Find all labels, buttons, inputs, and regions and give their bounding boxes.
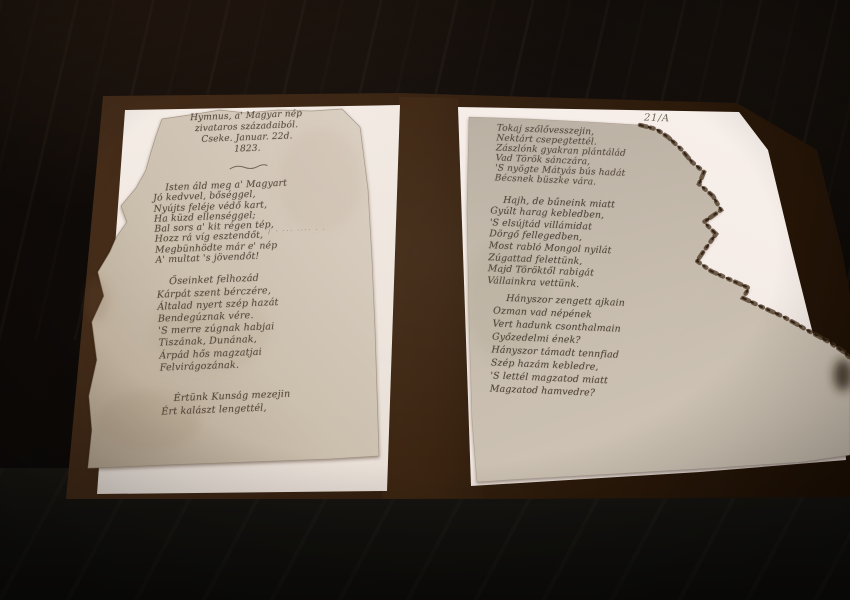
- stanza-5: Hányszor zengett ajkainOzman vad népének…: [476, 292, 730, 406]
- right-page-text: Tokaj szőlővesszejin,Nektárt csepegtetté…: [476, 123, 737, 406]
- stanza-4: Hajh, de bűneink miattGyúlt harag kebled…: [480, 194, 734, 297]
- paper-stain: [85, 278, 109, 322]
- left-page-text: Hymnus, a' Magyar népzivataros századaib…: [146, 106, 401, 419]
- manuscript-photo-scene: Hymnus, a' Magyar népzivataros századaib…: [0, 0, 850, 600]
- stanza-1: Isten áld meg a' MagyartJó kedvvel, bősé…: [149, 175, 396, 267]
- manuscript-title: Hymnus, a' Magyar népzivataros századaib…: [170, 108, 324, 158]
- stanza-2: Őseinket felhozádKárpát szent bérczére,Á…: [152, 268, 400, 375]
- page-number-label: 21/A: [644, 113, 670, 125]
- stanza-3-continued: Tokaj szőlővesszejin,Nektárt csepegtetté…: [484, 123, 736, 194]
